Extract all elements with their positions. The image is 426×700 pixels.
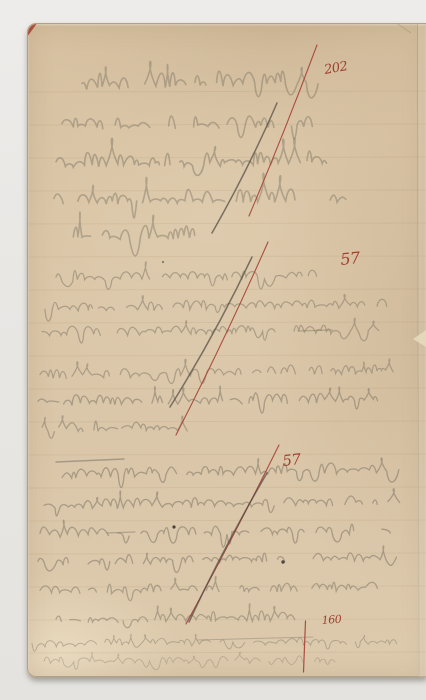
handwriting-line — [62, 458, 399, 488]
page-fold-highlight — [418, 24, 426, 677]
ruled-line — [29, 322, 426, 323]
handwriting-line — [32, 634, 396, 651]
handwriting-line — [44, 652, 335, 670]
ruled-line — [29, 421, 426, 422]
margin-number: 160 — [321, 613, 342, 627]
strike-line-red — [176, 242, 268, 435]
ruled-line — [29, 454, 426, 455]
handwriting-line — [56, 604, 295, 628]
ink-blemish — [281, 560, 284, 563]
handwriting-line — [40, 520, 390, 547]
corner-crease — [397, 24, 411, 34]
manuscript-overlay: 2025757160 — [0, 0, 426, 700]
handwriting-line — [38, 386, 378, 413]
ruled-line — [29, 652, 426, 653]
corner-red-mark — [27, 24, 37, 37]
handwriting-line — [62, 116, 312, 139]
red-vertical-line — [304, 621, 306, 672]
ruled-line — [29, 289, 426, 290]
margin-number: 57 — [339, 248, 362, 269]
ruled-line — [29, 520, 426, 521]
ruled-line — [29, 355, 426, 356]
handwriting-line — [56, 138, 327, 175]
margin-number: 57 — [282, 450, 303, 470]
handwriting-line — [42, 416, 187, 439]
handwriting-layer — [32, 62, 400, 670]
handwriting-line — [73, 212, 199, 256]
handwriting-line — [56, 262, 317, 290]
manuscript-scan: 2025757160 — [0, 0, 426, 700]
handwriting-stroke — [56, 459, 124, 462]
ruled-line — [29, 388, 426, 389]
ink-blemish — [172, 525, 175, 528]
ruled-line — [29, 91, 426, 92]
handwriting-line — [82, 62, 318, 98]
ruled-line — [29, 157, 426, 158]
handwriting-stroke — [107, 532, 135, 533]
margin-number: 202 — [322, 59, 349, 78]
handwriting-line — [44, 489, 400, 516]
paper-detail-layer — [397, 24, 426, 678]
handwriting-line — [38, 546, 397, 572]
strike-line-pencil — [189, 473, 267, 622]
ruled-line — [29, 487, 426, 488]
ruled-line — [29, 190, 426, 191]
handwriting-line — [40, 359, 393, 384]
ink-blemish — [162, 261, 164, 263]
handwriting-line — [54, 173, 346, 218]
ruled-line — [29, 256, 426, 257]
handwriting-line — [45, 295, 387, 322]
ruled-line — [29, 223, 426, 224]
ruled-line — [29, 553, 426, 554]
